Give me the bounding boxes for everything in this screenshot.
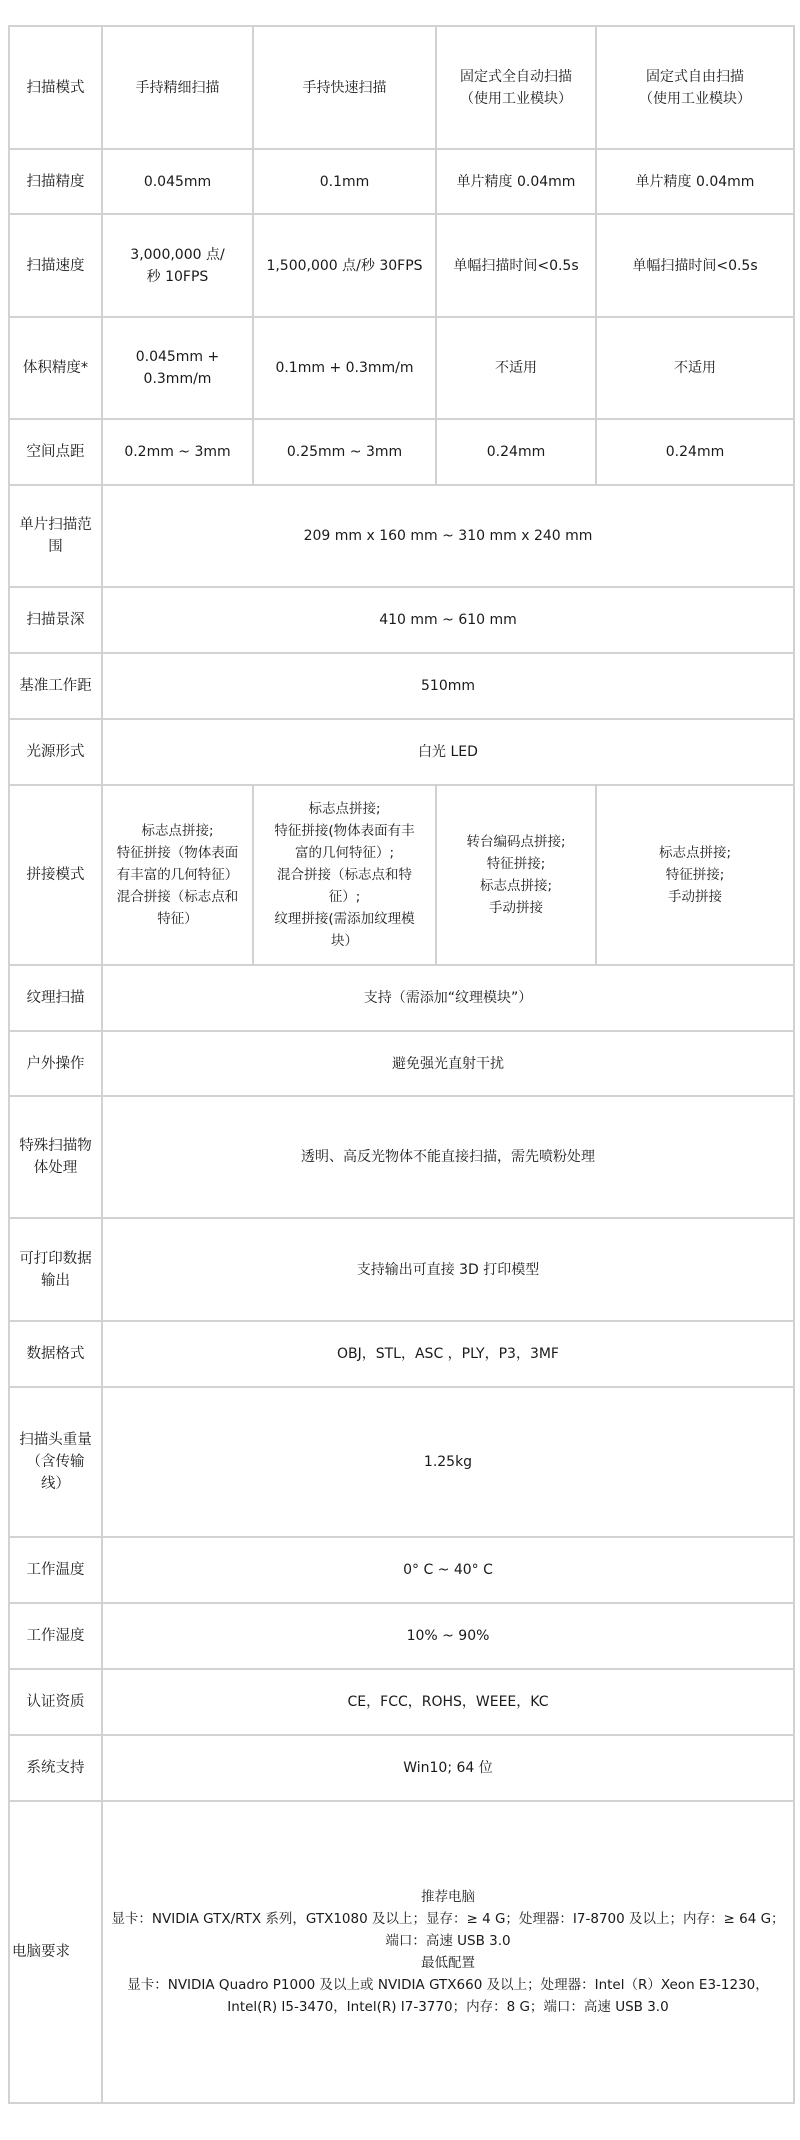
cell: 0.24mm [596, 419, 794, 485]
cell: 0.1mm [253, 149, 436, 214]
row-label: 可打印数据 输出 [9, 1218, 102, 1321]
row-label: 体积精度* [9, 317, 102, 419]
cell: 1,500,000 点/秒 30FPS [253, 214, 436, 317]
cell: 10% ~ 90% [102, 1603, 794, 1669]
cell: 0.045mm [102, 149, 253, 214]
table-row: 扫描头重量 （含传输 线） 1.25kg [9, 1387, 794, 1537]
row-label: 系统支持 [9, 1735, 102, 1801]
cell: 不适用 [436, 317, 596, 419]
cell: 209 mm x 160 mm ~ 310 mm x 240 mm [102, 485, 794, 587]
computer-requirements: 推荐电脑 显卡：NVIDIA GTX/RTX 系列，GTX1080 及以上；显存… [102, 1801, 794, 2103]
cell: 透明、高反光物体不能直接扫描，需先喷粉处理 [102, 1096, 794, 1218]
row-label: 基准工作距 [9, 653, 102, 719]
table-row: 空间点距 0.2mm ~ 3mm 0.25mm ~ 3mm 0.24mm 0.2… [9, 419, 794, 485]
cell: 0.24mm [436, 419, 596, 485]
cell: 支持输出可直接 3D 打印模型 [102, 1218, 794, 1321]
row-label: 扫描景深 [9, 587, 102, 653]
table-row: 光源形式 白光 LED [9, 719, 794, 785]
table-row: 单片扫描范 围 209 mm x 160 mm ~ 310 mm x 240 m… [9, 485, 794, 587]
row-label: 工作温度 [9, 1537, 102, 1603]
cell: Win10; 64 位 [102, 1735, 794, 1801]
table-row: 扫描速度 3,000,000 点/ 秒 10FPS 1,500,000 点/秒 … [9, 214, 794, 317]
cell: 0° C ~ 40° C [102, 1537, 794, 1603]
cell: 标志点拼接; 特征拼接（物体表面 有丰富的几何特征） 混合拼接（标志点和 特征） [102, 785, 253, 965]
table-row: 体积精度* 0.045mm + 0.3mm/m 0.1mm + 0.3mm/m … [9, 317, 794, 419]
cell: 0.2mm ~ 3mm [102, 419, 253, 485]
cell: 510mm [102, 653, 794, 719]
row-label: 光源形式 [9, 719, 102, 785]
cell: 单片精度 0.04mm [436, 149, 596, 214]
cell: 单片精度 0.04mm [596, 149, 794, 214]
table-row: 特殊扫描物 体处理 透明、高反光物体不能直接扫描，需先喷粉处理 [9, 1096, 794, 1218]
table-row: 拼接模式 标志点拼接; 特征拼接（物体表面 有丰富的几何特征） 混合拼接（标志点… [9, 785, 794, 965]
row-label: 电脑要求 [9, 1801, 102, 2103]
table-row: 电脑要求 推荐电脑 显卡：NVIDIA GTX/RTX 系列，GTX1080 及… [9, 1801, 794, 2103]
cell: 单幅扫描时间<0.5s [596, 214, 794, 317]
row-label: 单片扫描范 围 [9, 485, 102, 587]
row-label: 纹理扫描 [9, 965, 102, 1031]
header-row: 扫描模式 手持精细扫描 手持快速扫描 固定式全自动扫描 （使用工业模块） 固定式… [9, 26, 794, 149]
minimum-spec: 显卡：NVIDIA Quadro P1000 及以上或 NVIDIA GTX66… [105, 1974, 791, 2018]
row-label: 扫描速度 [9, 214, 102, 317]
recommended-spec: 显卡：NVIDIA GTX/RTX 系列，GTX1080 及以上；显存：≥ 4 … [105, 1908, 791, 1952]
cell: 标志点拼接; 特征拼接; 手动拼接 [596, 785, 794, 965]
row-label: 拼接模式 [9, 785, 102, 965]
cell: 白光 LED [102, 719, 794, 785]
cell: CE，FCC，ROHS，WEEE，KC [102, 1669, 794, 1735]
table-row: 纹理扫描 支持（需添加“纹理模块”） [9, 965, 794, 1031]
table-row: 认证资质 CE，FCC，ROHS，WEEE，KC [9, 1669, 794, 1735]
table-row: 扫描精度 0.045mm 0.1mm 单片精度 0.04mm 单片精度 0.04… [9, 149, 794, 214]
mode-fixed-auto: 固定式全自动扫描 （使用工业模块） [436, 26, 596, 149]
row-label: 户外操作 [9, 1031, 102, 1096]
cell: 不适用 [596, 317, 794, 419]
mode-handheld-fine: 手持精细扫描 [102, 26, 253, 149]
cell: 1.25kg [102, 1387, 794, 1537]
mode-handheld-fast: 手持快速扫描 [253, 26, 436, 149]
row-label: 扫描模式 [9, 26, 102, 149]
table-row: 扫描景深 410 mm ~ 610 mm [9, 587, 794, 653]
table-row: 系统支持 Win10; 64 位 [9, 1735, 794, 1801]
row-label: 认证资质 [9, 1669, 102, 1735]
cell: 支持（需添加“纹理模块”） [102, 965, 794, 1031]
table-row: 数据格式 OBJ，STL，ASC ，PLY，P3，3MF [9, 1321, 794, 1387]
table-row: 基准工作距 510mm [9, 653, 794, 719]
table-row: 工作温度 0° C ~ 40° C [9, 1537, 794, 1603]
row-label: 数据格式 [9, 1321, 102, 1387]
row-label: 扫描精度 [9, 149, 102, 214]
cell: OBJ，STL，ASC ，PLY，P3，3MF [102, 1321, 794, 1387]
cell: 转台编码点拼接; 特征拼接; 标志点拼接; 手动拼接 [436, 785, 596, 965]
cell: 0.045mm + 0.3mm/m [102, 317, 253, 419]
row-label: 工作湿度 [9, 1603, 102, 1669]
row-label: 特殊扫描物 体处理 [9, 1096, 102, 1218]
cell: 0.1mm + 0.3mm/m [253, 317, 436, 419]
mode-fixed-free: 固定式自由扫描 （使用工业模块） [596, 26, 794, 149]
cell: 0.25mm ~ 3mm [253, 419, 436, 485]
cell: 避免强光直射干扰 [102, 1031, 794, 1096]
cell: 3,000,000 点/ 秒 10FPS [102, 214, 253, 317]
row-label: 扫描头重量 （含传输 线） [9, 1387, 102, 1537]
recommended-heading: 推荐电脑 [105, 1886, 791, 1908]
row-label: 空间点距 [9, 419, 102, 485]
table-row: 可打印数据 输出 支持输出可直接 3D 打印模型 [9, 1218, 794, 1321]
minimum-heading: 最低配置 [105, 1952, 791, 1974]
table-row: 户外操作 避免强光直射干扰 [9, 1031, 794, 1096]
cell: 单幅扫描时间<0.5s [436, 214, 596, 317]
table-row: 工作湿度 10% ~ 90% [9, 1603, 794, 1669]
cell: 410 mm ~ 610 mm [102, 587, 794, 653]
cell: 标志点拼接; 特征拼接(物体表面有丰 富的几何特征）; 混合拼接（标志点和特 征… [253, 785, 436, 965]
spec-table: 扫描模式 手持精细扫描 手持快速扫描 固定式全自动扫描 （使用工业模块） 固定式… [8, 25, 795, 2104]
